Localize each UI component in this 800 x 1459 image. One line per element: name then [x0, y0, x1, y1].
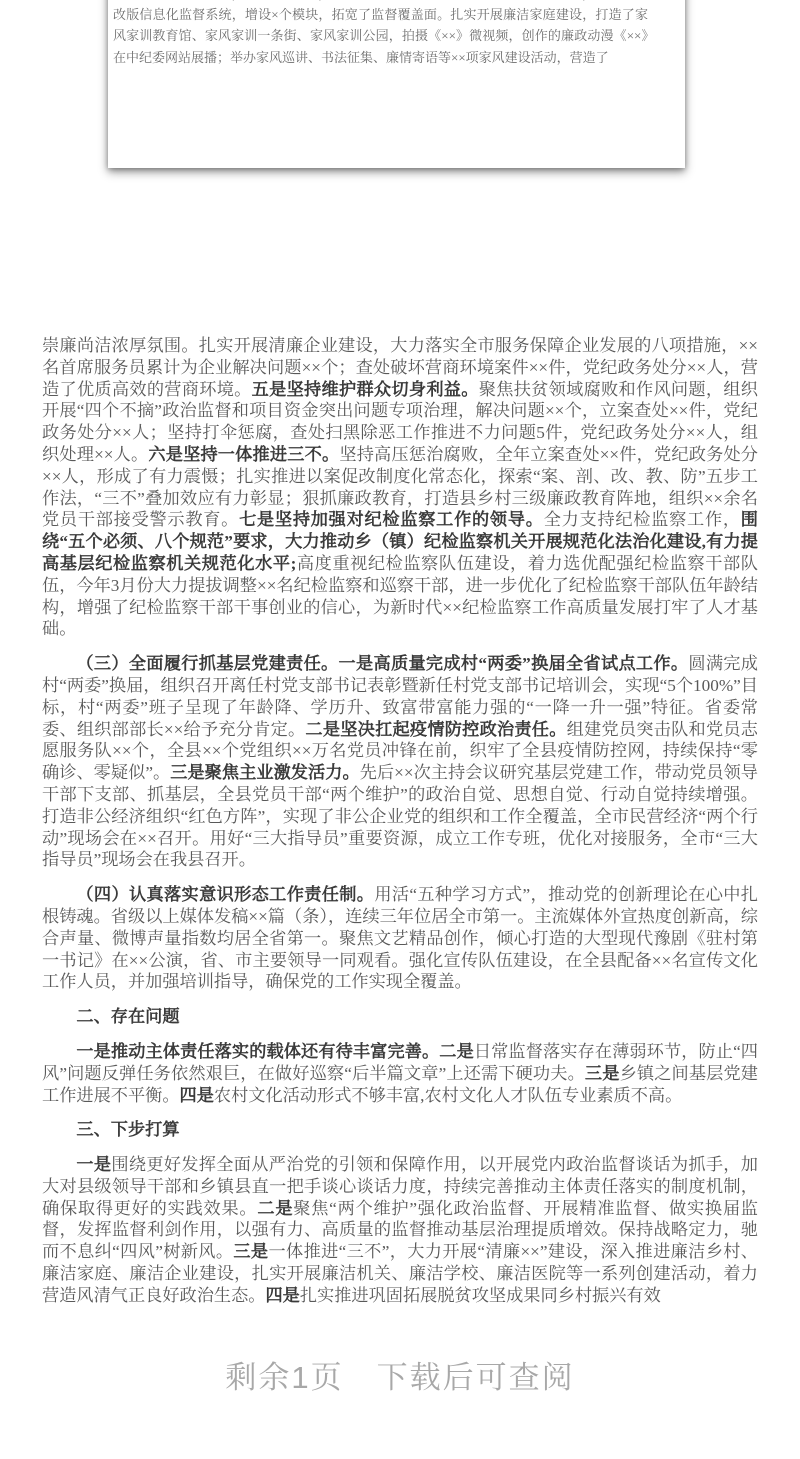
bold-run: 三是 [233, 1242, 268, 1261]
bold-run: 三是 [585, 1064, 620, 1083]
paragraph: （三）全面履行抓基层党建责任。一是高质量完成村“两委”换届全省试点工作。圆满完成… [42, 653, 758, 871]
page-body: 崇廉尚洁浓厚氛围。扎实开展清廉企业建设，大力落实全市服务保障企业发展的八项措施，… [42, 335, 758, 1307]
bold-run: 二是 [257, 1199, 293, 1218]
bold-run: 三、下步打算 [76, 1120, 179, 1139]
bold-run: 七是坚持加强对纪检监察工作的领导。 [239, 510, 544, 529]
paragraph: 一是围绕更好发挥全面从严治党的引领和保障作用，以开展党内政治监督谈话为抓手，加大… [42, 1154, 758, 1307]
section-heading: 三、下步打算 [42, 1119, 758, 1141]
text-run: 农村文化活动形式不够丰富,农村文化人才队伍专业素质不高。 [214, 1086, 682, 1105]
remaining-pages-notice: 剩余1页 下载后可查阅 [0, 1352, 800, 1397]
bold-run: 二是坚决扛起疫情防控政治责任。 [305, 720, 566, 739]
bold-run: 一是推动主体责任落实的载体还有待丰富完善。 [76, 1042, 439, 1061]
paragraph: 一是推动主体责任落实的载体还有待丰富完善。二是日常监督落实存在薄弱环节，防止“四… [42, 1041, 758, 1106]
bold-run: 五是坚持维护群众切身利益。 [252, 380, 479, 399]
bold-run: 四是 [265, 1286, 299, 1305]
bold-run: （三）全面履行抓基层党建责任。一是高质量完成村“两委”换届全省试点工作。 [76, 654, 688, 673]
bold-run: 四是 [180, 1086, 214, 1105]
bold-run: 二是 [439, 1042, 474, 1061]
paragraph: （四）认真落实意识形态工作责任制。用活“五种学习方式”，推动党的创新理论在心中扎… [42, 884, 758, 993]
previous-page-card: 改版信息化监督系统，增设×个模块，拓宽了监督覆盖面。扎实开展廉洁家庭建设，打造了… [108, 0, 685, 168]
bold-run: 三是聚焦主业激发活力。 [170, 763, 359, 782]
text-run: 扎实推进巩固拓展脱贫攻坚成果同乡村振兴有效 [300, 1286, 661, 1305]
bold-run: 六是坚持一体推进三不。 [148, 445, 339, 464]
bold-run: （四）认真落实意识形态工作责任制。 [76, 885, 374, 904]
section-heading: 二、存在问题 [42, 1006, 758, 1028]
text-run: 全力支持纪检监察工作， [544, 510, 741, 529]
paragraph: 崇廉尚洁浓厚氛围。扎实开展清廉企业建设，大力落实全市服务保障企业发展的八项措施，… [42, 335, 758, 640]
bold-run: 二、存在问题 [76, 1007, 179, 1026]
previous-page-text: 改版信息化监督系统，增设×个模块，拓宽了监督覆盖面。扎实开展廉洁家庭建设，打造了… [113, 4, 648, 68]
bold-run: 一是 [76, 1155, 111, 1174]
